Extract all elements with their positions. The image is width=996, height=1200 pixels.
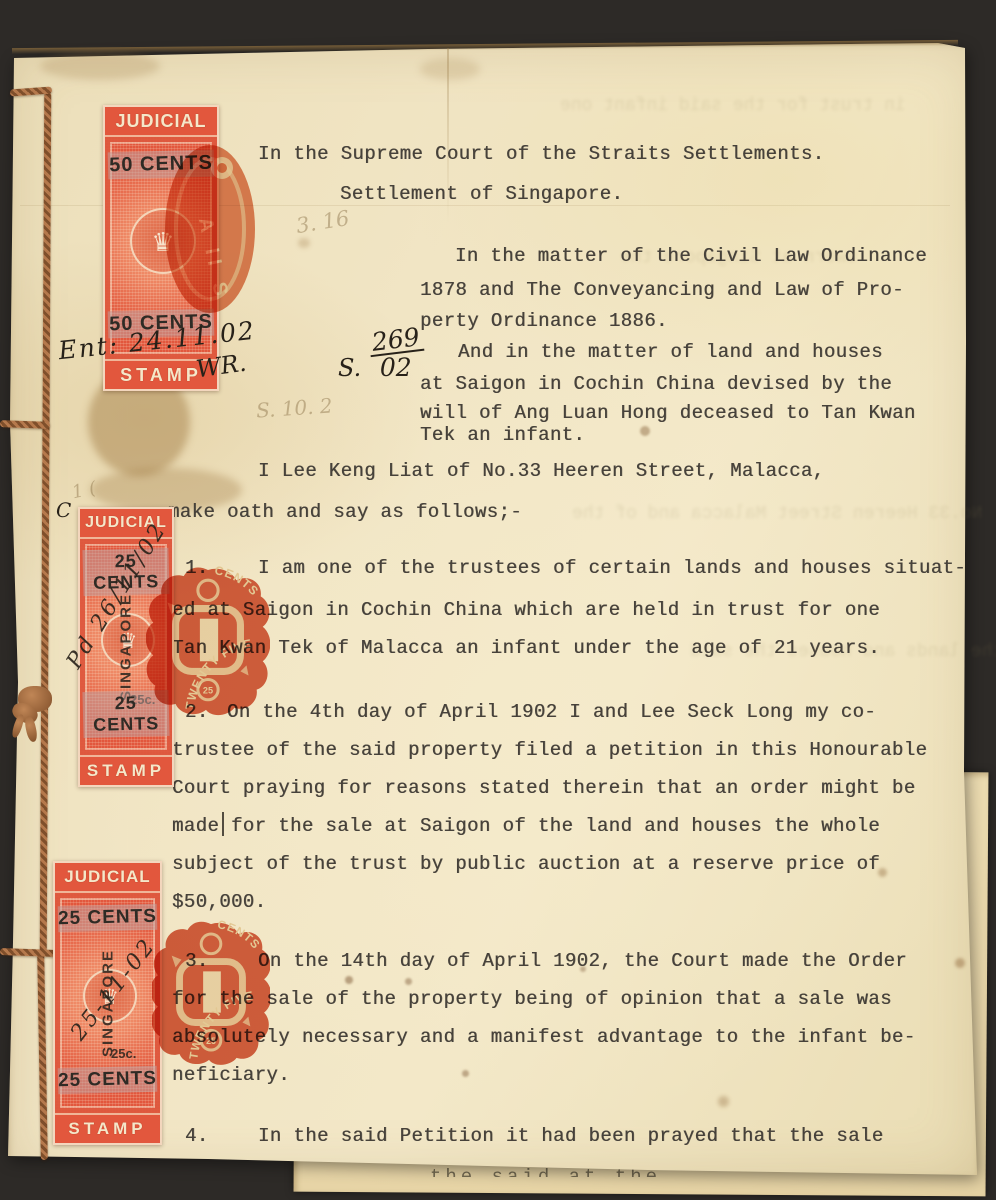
case-numerator: 269 (367, 325, 423, 357)
stamp-header-label: JUDICIAL (55, 863, 160, 893)
para1-line: I am one of the trustees of certain land… (258, 557, 966, 579)
foxing-dot (718, 1096, 729, 1107)
para2-line: made for the sale at Saigon of the land … (172, 815, 880, 837)
para2-line: $50,000. (172, 891, 266, 913)
show-through-text: No.33 Heeren Street Malacca and of the (572, 504, 982, 524)
embossed-seal-twenty-five-cents: 25 TWENTY FIVE CENTS (146, 566, 270, 716)
stamp-header-label: JUDICIAL (105, 107, 217, 137)
show-through-text: in trust for the said infant one (560, 96, 906, 116)
deponent-line: I Lee Keng Liat of No.33 Heeren Street, … (258, 460, 825, 482)
para1-line: Tan Kwan Tek of Malacca an infant under … (172, 637, 880, 659)
case-denominator: 02 (369, 354, 423, 380)
para2-line: Court praying for reasons stated therein… (172, 777, 916, 799)
foxing-dot (462, 1070, 469, 1077)
seal-center-value: 25 (206, 1036, 216, 1046)
para3-line: absolutely necessary and a manifest adva… (172, 1026, 916, 1048)
matter-line: And in the matter of land and houses (458, 341, 883, 363)
affidavit-photograph: the said at the in trust for the said in… (0, 0, 996, 1200)
foxing-dot (405, 978, 412, 985)
foxing-dot (955, 958, 965, 968)
para3-line: for the sale of the property being of op… (172, 988, 892, 1010)
seal-center-value: 25 (203, 686, 213, 696)
para-number: 4. (185, 1125, 209, 1147)
matter-line: In the matter of the Civil Law Ordinance (455, 245, 927, 267)
c-mark: C (56, 498, 71, 522)
round-embossed-seal: A II S (158, 138, 262, 320)
foxing-dot (298, 238, 310, 248)
matter-line: perty Ordinance 1886. (420, 310, 668, 332)
case-prefix: S. (338, 354, 361, 382)
overprint-value-bottom: 25 CENTS (58, 1066, 158, 1095)
matter-line: will of Ang Luan Hong deceased to Tan Kw… (420, 402, 916, 424)
para4-line: In the said Petition it had been prayed … (258, 1125, 884, 1147)
case-fraction: 269 02 (369, 328, 423, 380)
matter-line: at Saigon in Cochin China devised by the (420, 373, 892, 395)
insertion-caret-mark (222, 812, 224, 836)
overprint-25c: 25c. (111, 1046, 136, 1061)
oath-line: make oath and say as follows;- (168, 501, 522, 523)
cord-knot (12, 680, 56, 742)
foxing-dot (640, 426, 650, 436)
para2-line: trustee of the said property filed a pet… (172, 739, 927, 761)
para2-line: On the 4th day of April 1902 I and Lee S… (227, 701, 876, 723)
settlement-heading: Settlement of Singapore. (340, 183, 623, 205)
foxing-dot (345, 976, 353, 984)
stamp-footer-label: STAMP (55, 1113, 160, 1143)
para2-line: subject of the trust by public auction a… (172, 853, 880, 875)
stain (420, 58, 480, 80)
court-heading: In the Supreme Court of the Straits Sett… (258, 143, 825, 165)
overprint-value-top: 25 CENTS (58, 904, 158, 933)
matter-line: Tek an infant. (420, 424, 585, 446)
stain (40, 52, 160, 80)
para1-line: ed at Saigon in Cochin China which are h… (172, 599, 880, 621)
embossed-seal-twenty-five-cents: 25 TWENTY FIVE CENTS (152, 918, 270, 1068)
para3-line: On the 14th day of April 1902, the Court… (258, 950, 907, 972)
matter-line: 1878 and The Conveyancing and Law of Pro… (420, 279, 904, 301)
stamp-footer-label: STAMP (80, 755, 172, 785)
case-number: S. 269 02 (338, 328, 423, 382)
